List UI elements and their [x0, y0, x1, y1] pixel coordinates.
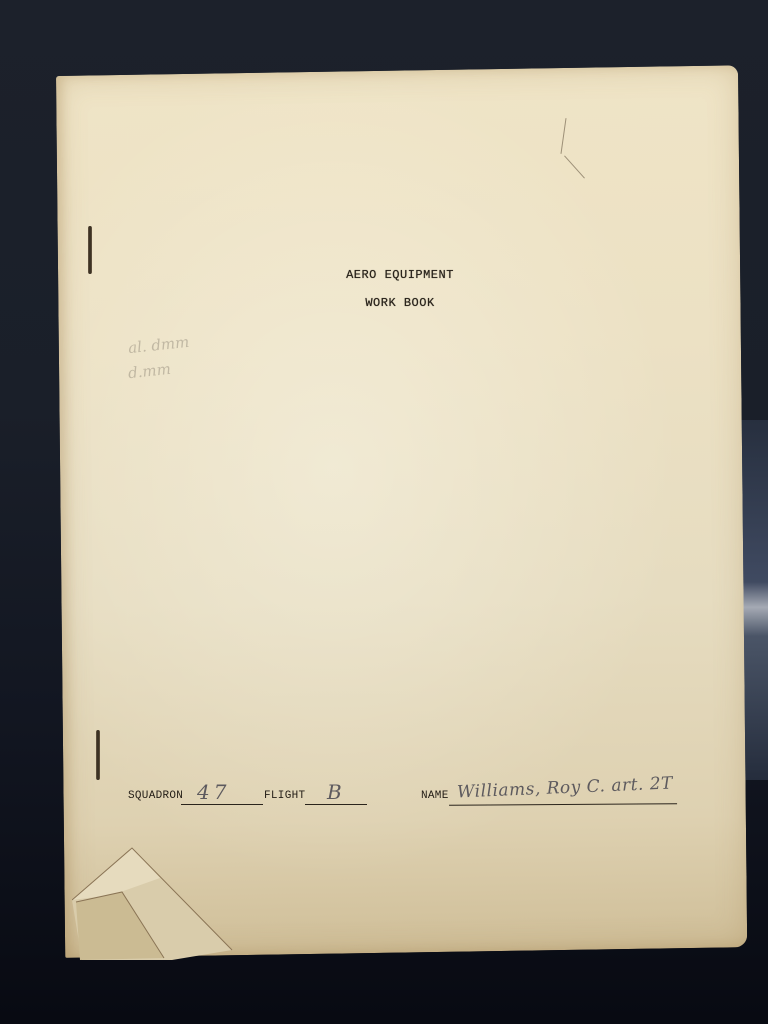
staple-icon	[96, 730, 100, 780]
folded-corner	[72, 840, 242, 960]
document-subtitle: WORK BOOK	[300, 296, 500, 310]
flight-value: B	[327, 780, 342, 804]
flight-label: FLIGHT	[264, 790, 305, 802]
document-title: AERO EQUIPMENT	[300, 268, 500, 282]
squadron-field: 47	[181, 786, 263, 805]
name-field: Williams, Roy C. art. 2T	[449, 785, 677, 806]
workbook-cover	[56, 65, 747, 958]
flight-field: B	[305, 786, 367, 805]
name-label: NAME	[421, 790, 449, 802]
staple-icon	[88, 226, 92, 274]
squadron-value: 47	[197, 780, 230, 804]
squadron-label: SQUADRON	[128, 790, 183, 802]
